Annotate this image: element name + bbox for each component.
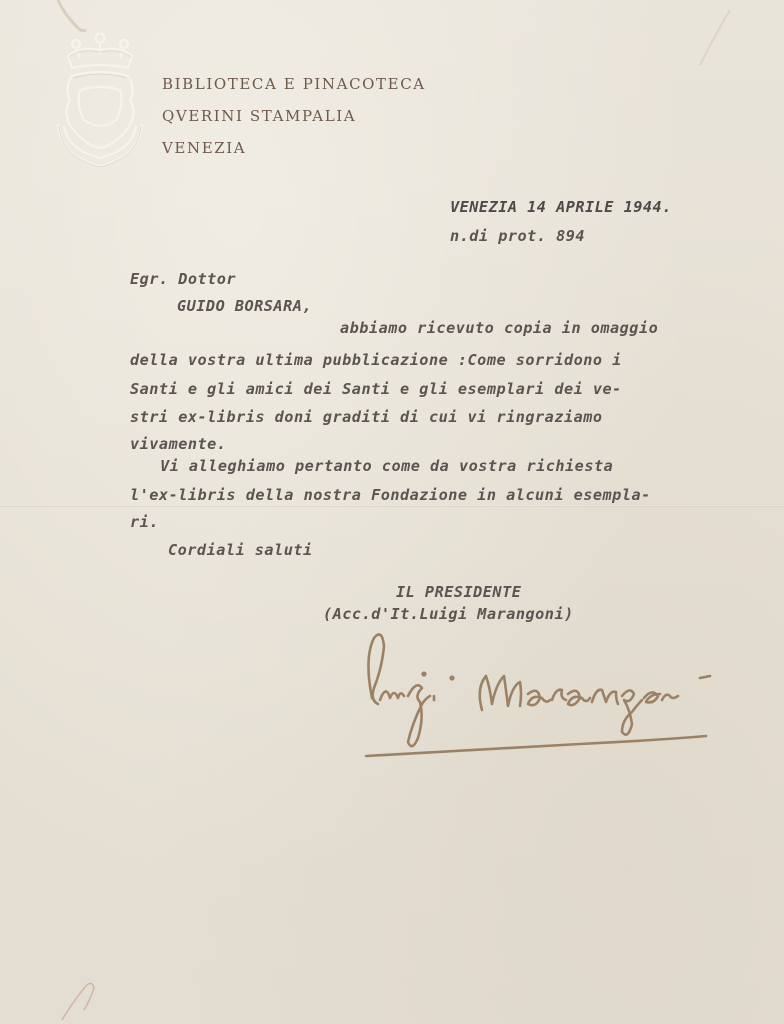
body-line: vivamente. [130,435,226,453]
paper-fold-line [0,505,784,507]
paper-crease-mark [690,5,740,75]
body-line: ri. [130,513,159,531]
body-line: stri ex-libris doni graditi di cui vi ri… [130,408,603,426]
paper-clip-mark [60,960,100,1024]
handwritten-signature [360,628,720,763]
closing-line: Cordiali saluti [168,541,313,559]
letterhead: BIBLIOTECA E PINACOTECA QVERINI STAMPALI… [162,68,426,164]
embossed-coat-of-arms-icon [50,28,150,173]
body-line: della vostra ultima pubblicazione :Come … [130,351,622,369]
body-line: abbiamo ricevuto copia in omaggio [340,319,658,337]
body-line: Santi e gli amici dei Santi e gli esempl… [130,380,622,398]
signatory-title: IL PRESIDENTE [396,583,521,601]
recipient-name: GUIDO BORSARA, [177,297,312,315]
date-line: VENEZIA 14 APRILE 1944. [450,198,672,216]
paper-stain-mark [50,0,110,40]
letterhead-line-city: VENEZIA [162,132,426,164]
letterhead-line-institution: BIBLIOTECA E PINACOTECA [162,68,426,100]
letter-page: BIBLIOTECA E PINACOTECA QVERINI STAMPALI… [0,0,784,1024]
letterhead-line-name: QVERINI STAMPALIA [162,100,426,132]
signatory-name: (Acc.d'It.Luigi Marangoni) [323,605,574,623]
body-line: Vi alleghiamo pertanto come da vostra ri… [160,457,613,475]
salutation-title: Egr. Dottor [130,270,236,288]
body-line: l'ex-libris della nostra Fondazione in a… [130,486,651,504]
protocol-number: n.di prot. 894 [450,227,585,245]
